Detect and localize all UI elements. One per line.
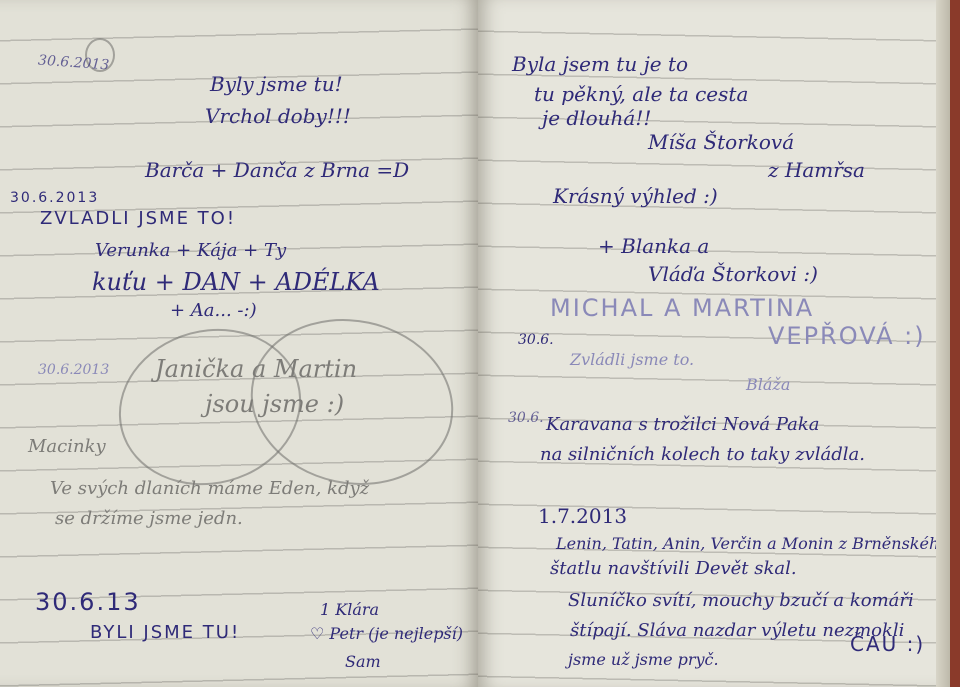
entry-line: BYLI JSME TU!	[90, 622, 240, 643]
entry-line: je dlouhá!!	[542, 106, 651, 130]
entry-line: + Blanka a	[598, 234, 709, 258]
entry-line: Ve svých dlaních máme Eden, když	[50, 478, 369, 499]
entry-line: z Hamřsa	[768, 158, 865, 182]
entry-line: Verunka + Kája + Ty	[95, 240, 286, 261]
entry-line: Lenin, Tatin, Anin, Verčin a Monin z Brn…	[556, 534, 936, 553]
page-edges	[936, 0, 950, 687]
entry-line: Míša Štorková	[648, 130, 794, 154]
entry-line: Macinky	[28, 436, 106, 457]
entry-line: ♡ Petr (je nejlepší)	[310, 624, 463, 643]
entry-line: Krásný výhled :)	[553, 184, 718, 208]
entry-line: jsme už jsme pryč.	[568, 650, 719, 669]
entry-line: tu pěkný, ale ta cesta	[534, 82, 748, 106]
entry-date: 30.6.	[518, 332, 554, 348]
entry-line: Vláďa Štorkovi :)	[648, 262, 818, 286]
entry-line: Zvládli jsme to.	[570, 350, 694, 369]
entry-line: Byly jsme tu!	[210, 72, 343, 96]
entry-signature: Barča + Danča z Brna =D	[145, 158, 409, 182]
entry-line: + Aa... -:)	[170, 300, 257, 321]
entry-line: Janička a Martin	[155, 355, 357, 383]
entry-line: na silničních kolech to taky zvládla.	[540, 444, 865, 465]
entry-line: VEPŘOVÁ :)	[768, 322, 926, 350]
entry-date: 30.6.2013	[10, 190, 99, 206]
entry-line: ZVLADLI JSME TO!	[40, 208, 236, 229]
notebook-photo: 30.6.2013 Byly jsme tu! Vrchol doby!!! B…	[0, 0, 960, 687]
entry-line: 1 Klára	[320, 600, 379, 619]
entry-line: Sam	[345, 652, 381, 671]
entry-line: kuťu + DAN + ADÉLKA	[92, 268, 380, 296]
entry-date: 30.6.13	[35, 588, 141, 616]
right-page: Byla jsem tu je to tu pěkný, ale ta cest…	[478, 0, 936, 687]
entry-date: 1.7.2013	[538, 504, 627, 528]
entry-line: Vrchol doby!!!	[205, 104, 351, 128]
entry-line: MICHAL A MARTINA	[550, 294, 814, 322]
entry-line: se držíme jsme jedn.	[55, 508, 243, 529]
book-cover	[950, 0, 960, 687]
left-page: 30.6.2013 Byly jsme tu! Vrchol doby!!! B…	[0, 0, 478, 687]
entry-line: Karavana s trožilci Nová Paka	[546, 414, 820, 435]
entry-line: Sluníčko svítí, mouchy bzučí a komáři	[568, 590, 914, 611]
entry-line: Bláža	[746, 375, 790, 394]
entry-date: 30.6.	[508, 410, 544, 426]
entry-line: Byla jsem tu je to	[512, 52, 688, 76]
entry-line: jsou jsme :)	[205, 390, 344, 418]
entry-line: ČAU :)	[850, 632, 925, 656]
entry-line: štatlu navštívili Devět skal.	[550, 558, 797, 579]
entry-date: 30.6.2013	[38, 362, 109, 378]
